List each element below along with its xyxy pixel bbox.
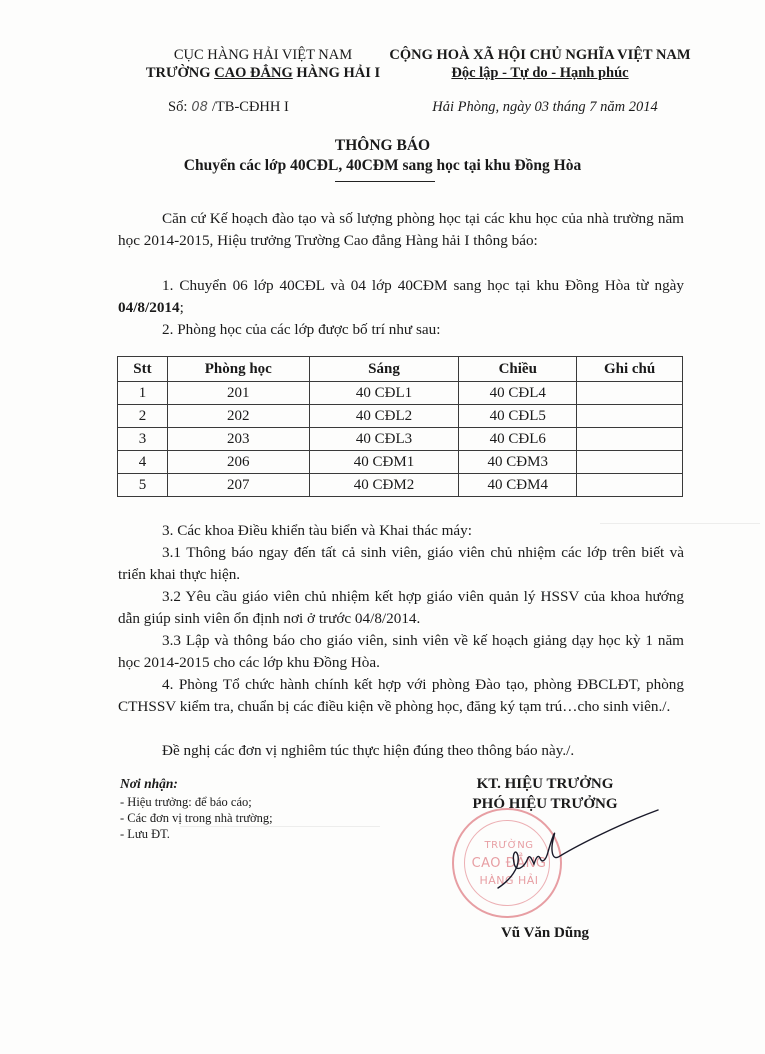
cell-stt: 5 [118,474,168,497]
cell-afternoon: 40 CĐM3 [459,451,577,474]
cell-afternoon: 40 CĐL4 [459,382,577,405]
cell-room: 207 [167,474,309,497]
item-1-text: 1. Chuyển 06 lớp 40CĐL và 04 lớp 40CĐM s… [162,277,684,294]
item-3-3: 3.3 Lập và thông báo cho giáo viên, sinh… [118,630,684,674]
title-divider [335,181,435,182]
place-date: Hải Phòng, ngày 03 tháng 7 năm 2014 [384,99,706,116]
scan-artifact [180,826,380,827]
table-row: 4 206 40 CĐM1 40 CĐM3 [118,451,683,474]
item-1-end: ; [180,299,184,316]
cell-morning: 40 CĐM2 [309,474,459,497]
school-suffix: HÀNG HẢI I [293,65,380,81]
table-row: 2 202 40 CĐL2 40 CĐL5 [118,405,683,428]
item-1: 1. Chuyển 06 lớp 40CĐL và 04 lớp 40CĐM s… [118,275,684,319]
col-header-room: Phòng học [167,357,309,382]
cell-room: 201 [167,382,309,405]
cell-stt: 4 [118,451,168,474]
school-prefix: TRƯỜNG [146,65,214,81]
table-row: 5 207 40 CĐM2 40 CĐM4 [118,474,683,497]
cell-note [577,451,683,474]
classroom-table: Stt Phòng học Sáng Chiều Ghi chú 1 201 4… [117,356,683,497]
cell-morning: 40 CĐL2 [309,405,459,428]
doc-number-suffix: /TB-CĐHH I [212,99,289,115]
document-number: Số:08/TB-CĐHH I [168,99,289,116]
recipient-item: - Lưu ĐT. [120,827,170,842]
item-3-1: 3.1 Thông báo ngay đến tất cả sinh viên,… [118,542,684,586]
item-3-2: 3.2 Yêu cầu giáo viên chủ nhiệm kết hợp … [118,586,684,630]
cell-morning: 40 CĐL1 [309,382,459,405]
doc-number-handwritten: 08 [191,100,208,115]
cell-stt: 3 [118,428,168,451]
item-2: 2. Phòng học của các lớp được bố trí như… [118,319,684,341]
signer-name: Vũ Văn Dũng [430,925,660,942]
signer-title-1: KT. HIỆU TRƯỞNG [430,776,660,793]
cell-note [577,405,683,428]
cell-afternoon: 40 CĐM4 [459,474,577,497]
document-page: CỤC HÀNG HẢI VIỆT NAM TRƯỜNG CAO ĐẲNG HÀ… [0,0,765,1054]
recipient-item: - Các đơn vị trong nhà trường; [120,811,273,826]
cell-room: 206 [167,451,309,474]
intro-paragraph: Căn cứ Kế hoạch đào tạo và số lượng phòn… [118,208,684,252]
col-header-stt: Stt [118,357,168,382]
scan-artifact [600,523,760,524]
cell-morning: 40 CĐL3 [309,428,459,451]
col-header-note: Ghi chú [577,357,683,382]
country-name: CỘNG HOÀ XÃ HỘI CHỦ NGHĨA VIỆT NAM [375,47,705,64]
table-row: 1 201 40 CĐL1 40 CĐL4 [118,382,683,405]
document-subject: Chuyển các lớp 40CĐL, 40CĐM sang học tại… [0,157,765,175]
cell-morning: 40 CĐM1 [309,451,459,474]
cell-room: 203 [167,428,309,451]
table-header-row: Stt Phòng học Sáng Chiều Ghi chú [118,357,683,382]
cell-note [577,474,683,497]
cell-stt: 1 [118,382,168,405]
recipient-item: - Hiệu trưởng: để báo cáo; [120,795,252,810]
col-header-morning: Sáng [309,357,459,382]
document-type: THÔNG BÁO [0,137,765,155]
cell-room: 202 [167,405,309,428]
item-4: 4. Phòng Tổ chức hành chính kết hợp với … [118,674,684,718]
agency-name: CỤC HÀNG HẢI VIỆT NAM [143,47,383,64]
cell-afternoon: 40 CĐL5 [459,405,577,428]
cell-note [577,382,683,405]
cell-note [577,428,683,451]
school-underlined: CAO ĐẲNG [214,65,293,81]
cell-afternoon: 40 CĐL6 [459,428,577,451]
item-1-date: 04/8/2014 [118,299,180,316]
school-name: TRƯỜNG CAO ĐẲNG HÀNG HẢI I [130,65,396,82]
recipients-title: Nơi nhận: [120,776,178,792]
cell-stt: 2 [118,405,168,428]
handwritten-signature-icon [490,808,660,898]
closing-paragraph: Đề nghị các đơn vị nghiêm túc thực hiện … [118,740,684,762]
doc-number-label: Số: [168,99,187,115]
col-header-afternoon: Chiều [459,357,577,382]
national-motto: Độc lập - Tự do - Hạnh phúc [375,65,705,82]
table-row: 3 203 40 CĐL3 40 CĐL6 [118,428,683,451]
